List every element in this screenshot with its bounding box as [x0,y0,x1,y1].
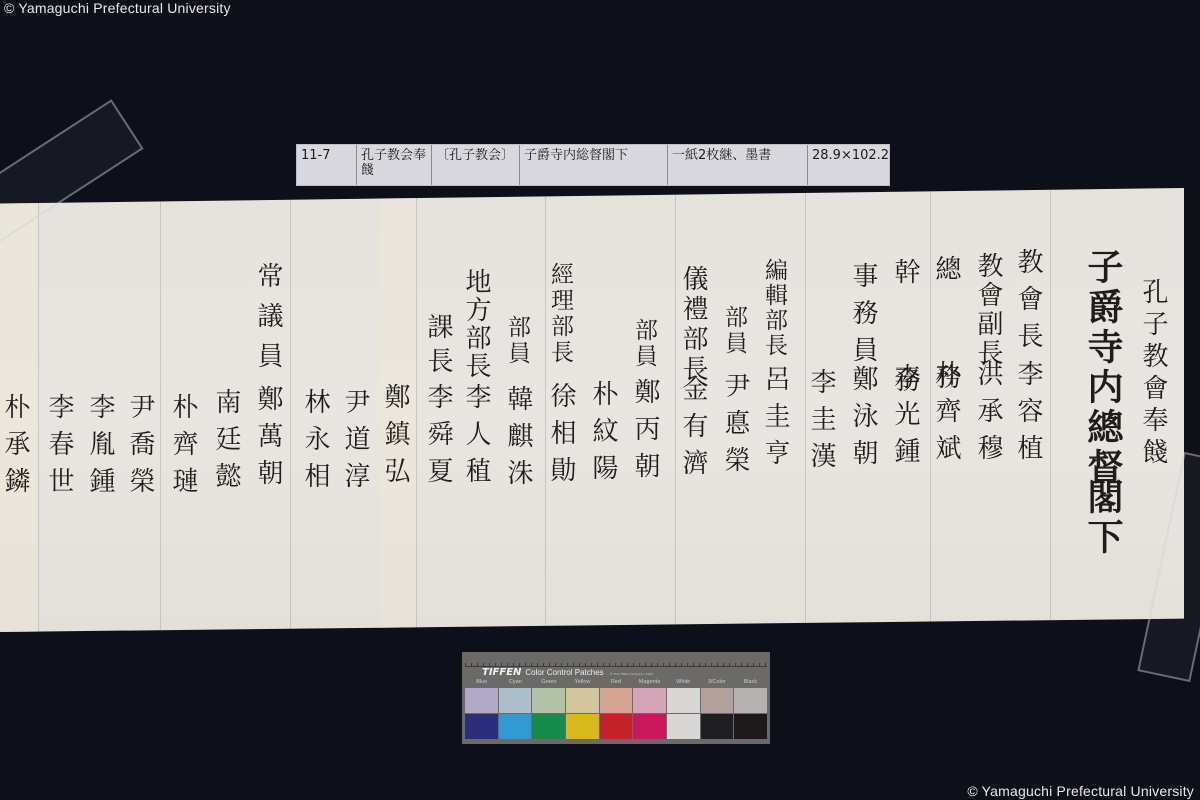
fold-line [675,188,676,632]
member-name: 李春世 [46,393,72,504]
member-name: 尹悳榮 [722,372,748,483]
color-patch [532,714,565,739]
addressee-honorific: 閣下 [1085,478,1121,558]
patch-label: Blue [465,679,499,688]
color-patch [600,688,633,713]
patch-label: Magenta [633,679,667,688]
catalog-sender: 〔孔子教会〕 [432,145,520,185]
member-name: 鄭泳朝 [850,365,876,476]
patch-labels: Blue Cyan Green Yellow Red Magenta White… [465,679,767,688]
role-label: 常議員 [255,262,281,382]
role-label: 經理部長 [548,262,571,366]
color-patch [633,714,666,739]
member-name: 朴承鏻 [2,393,28,504]
color-patch [600,714,633,739]
member-name: 韓麒洙 [505,385,531,496]
watermark-bottom: © Yamaguchi Prefectural University [967,783,1194,799]
catalog-size: 28.9×102.2 [808,145,889,185]
member-name: 鄭丙朝 [632,378,658,489]
member-name: 尹道淳 [342,388,368,499]
member-name: 徐相勛 [548,382,574,493]
color-patch [465,688,498,713]
sender-line: 孔子教會奉餞 [1140,278,1166,470]
color-patch [532,688,565,713]
member-name: 朴齊斌 [933,360,959,471]
chart-header: TIFFEN Color Control Patches © The Tiffe… [465,667,767,679]
role-label: 地方部長 [463,268,489,380]
watermark-top: © Yamaguchi Prefectural University [4,0,231,16]
member-name: 朴紋陽 [590,380,616,491]
chart-copyright: © The Tiffen Company, 2007 [610,672,654,676]
color-patches [465,688,767,739]
patch-label: Black [734,679,768,688]
catalog-label: 11-7 孔子教会奉餞 〔孔子教会〕 子爵寺内総督閣下 一紙2枚継、墨書 28.… [296,144,890,186]
member-name: 洪承穆 [975,360,1001,471]
patch-label: Cyan [499,679,533,688]
ruler [465,654,767,667]
member-name: 南廷懿 [213,388,239,499]
color-patch [465,714,498,739]
member-name: 尹喬榮 [127,393,153,504]
chart-title: Color Control Patches [525,668,603,677]
color-patch [701,688,734,713]
member-name: 金有濟 [680,375,706,486]
role-label: 部員 [722,305,745,357]
catalog-title: 孔子教会奉餞 [357,145,432,185]
color-patch [566,714,599,739]
member-name: 李光鍾 [892,363,918,474]
fold-line [1050,188,1051,632]
member-name: 李圭漢 [808,368,834,479]
fold-line [160,188,161,632]
color-patch [734,714,767,739]
patch-label: White [666,679,700,688]
color-patch [566,688,599,713]
color-patch [734,688,767,713]
color-patch [667,714,700,739]
patch-label: Red [599,679,633,688]
member-name: 林永相 [302,388,328,499]
patch-label: 3/Color [700,679,734,688]
role-label: 教會長 [1015,248,1041,359]
role-label: 事務員 [850,262,876,373]
patch-label: Green [532,679,566,688]
role-label: 教會副長 [975,252,1001,368]
member-name: 呂圭亨 [762,365,788,476]
color-patch [667,688,700,713]
color-patch [701,714,734,739]
chart-brand: TIFFEN [482,667,521,678]
role-label: 部員 [505,315,528,367]
role-label: 課長 [425,313,451,381]
catalog-format: 一紙2枚継、墨書 [668,145,808,185]
fold-line [38,188,39,632]
member-name: 李人稙 [463,383,489,494]
addressee-title: 子爵寺内總督 [1085,248,1121,488]
member-name: 朴齊璉 [170,393,196,504]
fold-line [416,188,417,632]
color-patch [499,714,532,739]
member-name: 李容植 [1015,360,1041,471]
color-control-chart: TIFFEN Color Control Patches © The Tiffe… [462,652,770,744]
member-name: 鄭萬朝 [255,385,281,496]
color-patch [633,688,666,713]
color-patch [499,688,532,713]
member-name: 李胤鍾 [87,393,113,504]
patch-label: Yellow [566,679,600,688]
catalog-id: 11-7 [297,145,357,185]
fold-line [290,188,291,632]
member-name: 李舜夏 [425,383,451,494]
role-label: 編輯部長 [762,258,785,358]
role-label: 儀禮部長 [680,265,706,385]
member-name: 鄭鎮弘 [382,383,408,494]
catalog-recipient: 子爵寺内総督閣下 [520,145,668,185]
role-label: 部員 [632,318,655,370]
